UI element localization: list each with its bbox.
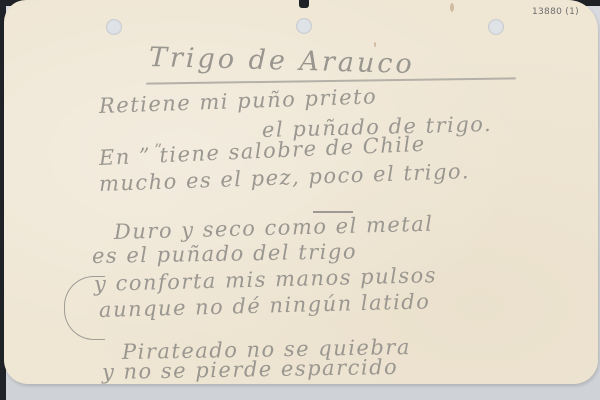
binder-hole-left: [106, 19, 122, 35]
manuscript-card: 13880 (1) Trigo de Arauco Retiene mi puñ…: [4, 0, 598, 384]
binder-hole-center: [296, 18, 312, 34]
poem-line: Duro y seco como el metal: [114, 212, 434, 244]
title-underline: [146, 77, 516, 84]
ink-stain: [450, 3, 454, 12]
archive-number: 13880 (1): [532, 7, 579, 17]
binder-hole-right: [488, 19, 504, 35]
poem-line: y no se pierde esparcido: [102, 355, 399, 384]
binder-slot-center: [299, 0, 309, 8]
poem-line: es el puñado del trigo: [92, 239, 357, 268]
stanza-separator: [313, 211, 353, 213]
ink-stain: [374, 42, 376, 47]
poem-title: Trigo de Arauco: [149, 42, 416, 80]
poem-line: Retiene mi puño prieto: [99, 84, 378, 118]
